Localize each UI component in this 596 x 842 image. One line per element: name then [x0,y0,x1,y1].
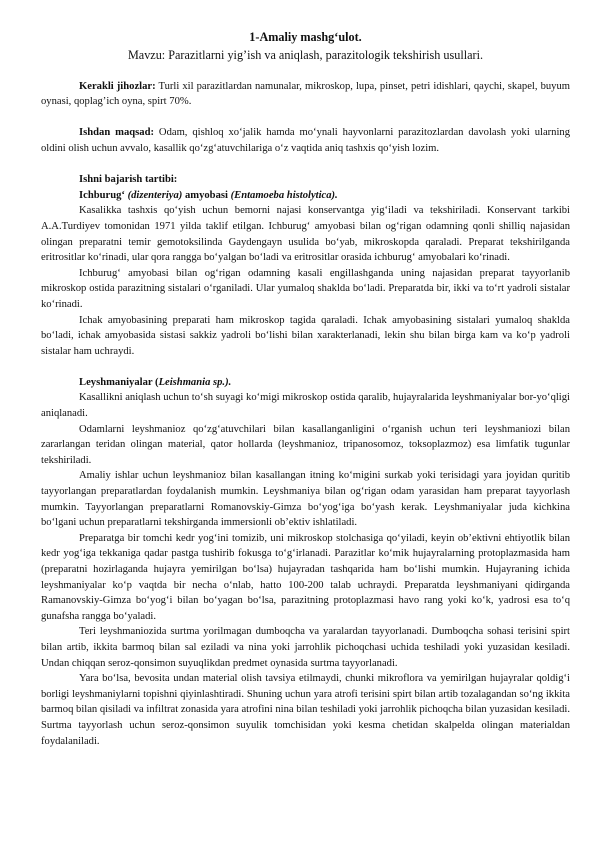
spacer [41,110,570,126]
spacer [41,63,570,79]
page-subtitle: Mavzu: Parazitlarni yig’ish va aniqlash,… [41,47,570,63]
spacer [41,157,570,173]
section1-paragraph: Kasalikka tashxis qo‘yish uchun bemorni … [41,203,570,265]
section1-paragraph: Ichburug‘ amyobasi bilan og‘rigan odamni… [41,266,570,313]
document-page: 1-Amaliy mashg‘ulot. Mavzu: Parazitlarni… [41,30,570,749]
equipment-label: Kerakli jihozlar: [79,81,156,92]
section2-title-part: Leyshmaniyalar ( [79,377,159,388]
section2-paragraph: Odamlarni leyshmanioz qo‘zg‘atuvchilari … [41,422,570,469]
section1-title-part: Ichburug‘ [79,190,128,201]
section2-title-latin: Leishmania sp.). [159,377,232,388]
section2-paragraph: Yara bo‘lsa, bevosita undan material oli… [41,671,570,749]
section2-paragraph: Amaliy ishlar uchun leyshmanioz bilan ka… [41,468,570,530]
section1-title-latin: (Entamoeba histolytica). [231,190,338,201]
procedure-heading: Ishni bajarish tartibi: [41,172,570,188]
page-title: 1-Amaliy mashg‘ulot. [41,30,570,45]
section2-paragraph: Teri leyshmaniozida surtma yorilmagan du… [41,624,570,671]
section1-heading: Ichburug‘ (dizenteriya) amyobasi (Entamo… [41,188,570,204]
spacer [41,359,570,375]
section2-paragraph: Preparatga bir tomchi kedr yog‘ini tomiz… [41,531,570,625]
section2-paragraph: Kasallikni aniqlash uchun to‘sh suyagi k… [41,390,570,421]
goal-label: Ishdan maqsad: [79,127,154,138]
section1-title-italic: (dizenteriya) [128,190,183,201]
section2-heading: Leyshmaniyalar (Leishmania sp.). [41,375,570,391]
equipment-paragraph: Kerakli jihozlar: Turli xil parazitlarda… [41,79,570,110]
goal-paragraph: Ishdan maqsad: Odam, qishloq xo‘jalik ha… [41,125,570,156]
section1-paragraph: Ichak amyobasining preparati ham mikrosk… [41,313,570,360]
section1-title-part: amyobasi [182,190,230,201]
